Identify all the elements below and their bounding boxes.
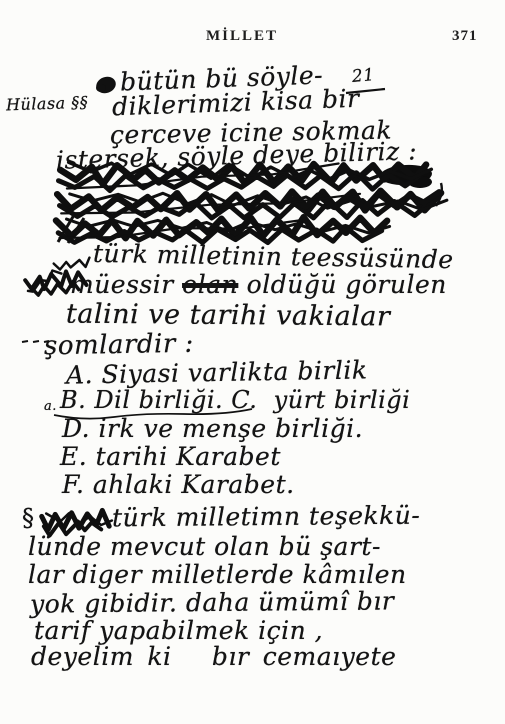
margin-note-a: a. [44, 400, 57, 413]
handwritten-line: tarif yapabilmek için , [34, 618, 323, 643]
handwritten-list-item-d: D. irk ve menşe birliği. [62, 416, 363, 441]
page-number: 371 [452, 28, 478, 45]
handwritten-line: lar diger milletlerde kâmılen [28, 562, 407, 587]
struck-word: olan [182, 270, 238, 299]
handwritten-line: lünde mevcut olan bü şart- [28, 534, 381, 559]
line-text: müessir [70, 270, 182, 299]
line-text: C. yürt birliği [223, 386, 410, 414]
handwritten-list-item-a: A. Siyasi varlikta birlik [66, 357, 368, 387]
handwritten-line: yok gibidir. daha ümümî bır [30, 588, 394, 616]
underlined-phrase: B. Dil birliği. [60, 386, 223, 414]
line-text: oldüğü görulen [238, 270, 447, 299]
margin-note-hulasa: Hülasa §§ [6, 95, 89, 114]
handwritten-list-item-f: F. ahlaki Karabet. [62, 472, 295, 497]
handwritten-line: şomlardir : [44, 331, 194, 360]
handwritten-list-item-b-c: B. Dil birliği. C. yürt birliği [60, 388, 410, 412]
handwritten-line: talini ve tarihi vakialar [66, 301, 391, 331]
handwritten-line: diklerimizi kisa bir [112, 86, 360, 120]
section-mark: § [22, 506, 35, 530]
handwritten-list-item-e: E. tarihi Karabet [60, 444, 281, 469]
redaction-scribble-2 [57, 183, 447, 218]
handwritten-line: istersek, şöyle deye biliriz : [56, 138, 418, 172]
handwritten-line: müessir olan oldüğü görulen [70, 272, 447, 297]
handwritten-line: türk milletinin teessüsünde [93, 241, 454, 272]
handwritten-line: türk milletimn teşekkü- [112, 503, 421, 531]
scanned-manuscript-page: MİLLET 371 bütün bü söyle- 21 Hülasa §§ … [0, 0, 505, 724]
handwritten-line: deyelim ki bır cemaıyete [31, 644, 396, 669]
page-header-title: MİLLET [0, 28, 484, 45]
